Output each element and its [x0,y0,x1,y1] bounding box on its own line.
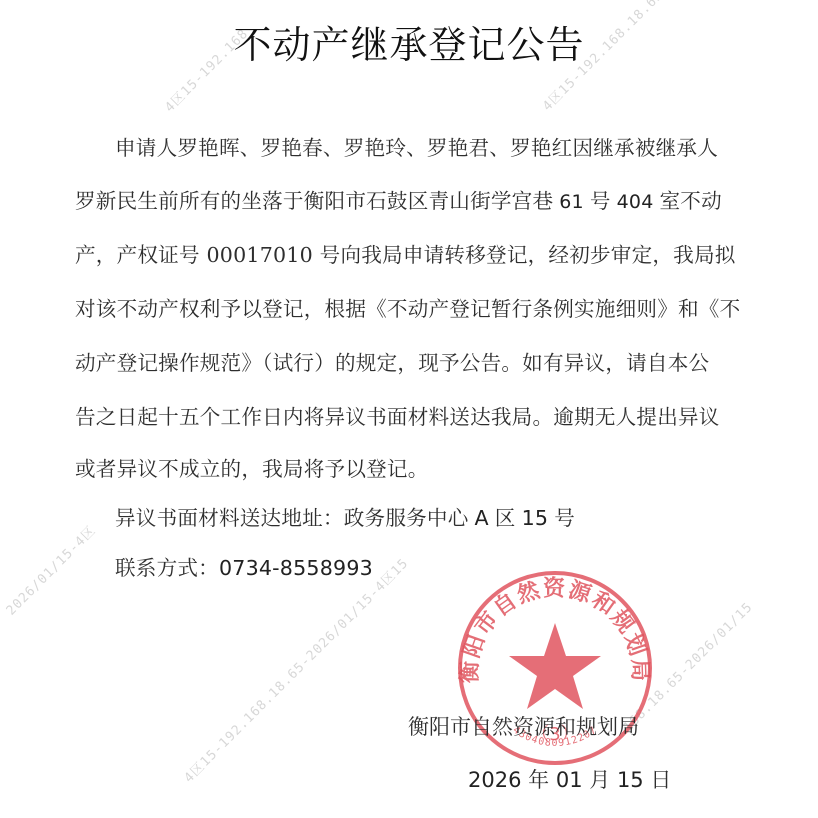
body-line-7: 或者异议不成立的，我局将予以登记。 [75,452,775,482]
zone: A [475,506,489,530]
number-unit: 号 [590,189,611,213]
street-number: 61 [559,191,584,213]
body-line-3: 产，产权证号 00017010 号向我局申请转移登记，经初步审定，我局拟 [75,238,775,268]
watermark: 4区15-192.168.18.65-2026/01/15-4区15 [179,553,412,786]
objection-address: 异议书面材料送达地址：政务服务中心A区15号 [115,501,815,531]
watermark: 2026/01/15-4区 [1,520,99,618]
date-month-unit: 月 [589,768,610,792]
body-line-2: 罗新民生前所有的坐落于衡阳市石鼓区青山街学宫巷61号404室不动 [75,184,775,214]
date-month: 01 [556,768,583,792]
room-number: 404 [617,191,654,213]
body-line-6: 告之日起十五个工作日内将异议书面材料送达我局。逾期无人提出异议 [75,400,775,430]
objection-address-label: 异议书面材料送达地址：政务服务中心 [115,506,469,530]
date-year: 2026 [468,768,521,792]
body-line-4: 对该不动产权利予以登记，根据《不动产登记暂行条例实施细则》和《不 [75,292,775,322]
star-icon [509,623,601,709]
body-line-1: 申请人罗艳晖、罗艳春、罗艳玲、罗艳君、罗艳红因继承被继承人 [115,131,815,161]
date-day: 15 [617,768,644,792]
address-number-unit: 号 [554,506,575,530]
page-title: 不动产继承登记公告 [0,14,818,69]
zone-unit: 区 [495,506,516,530]
date-day-unit: 日 [650,768,671,792]
contact-phone: 0734-8558993 [219,556,373,580]
body-line-2-text: 罗新民生前所有的坐落于衡阳市石鼓区青山街学宫巷 [75,189,553,213]
body-line-5: 动产登记操作规范》（试行）的规定，现予公告。如有异议，请自本公 [75,346,775,376]
contact-label: 联系方式： [115,556,219,580]
room-suffix: 室不动 [660,189,722,213]
issuer: 衡阳市自然资源和规划局 [408,711,639,741]
address-number: 15 [522,506,549,530]
issue-date: 2026 年 01 月 15 日 [468,764,671,794]
date-year-unit: 年 [528,768,549,792]
